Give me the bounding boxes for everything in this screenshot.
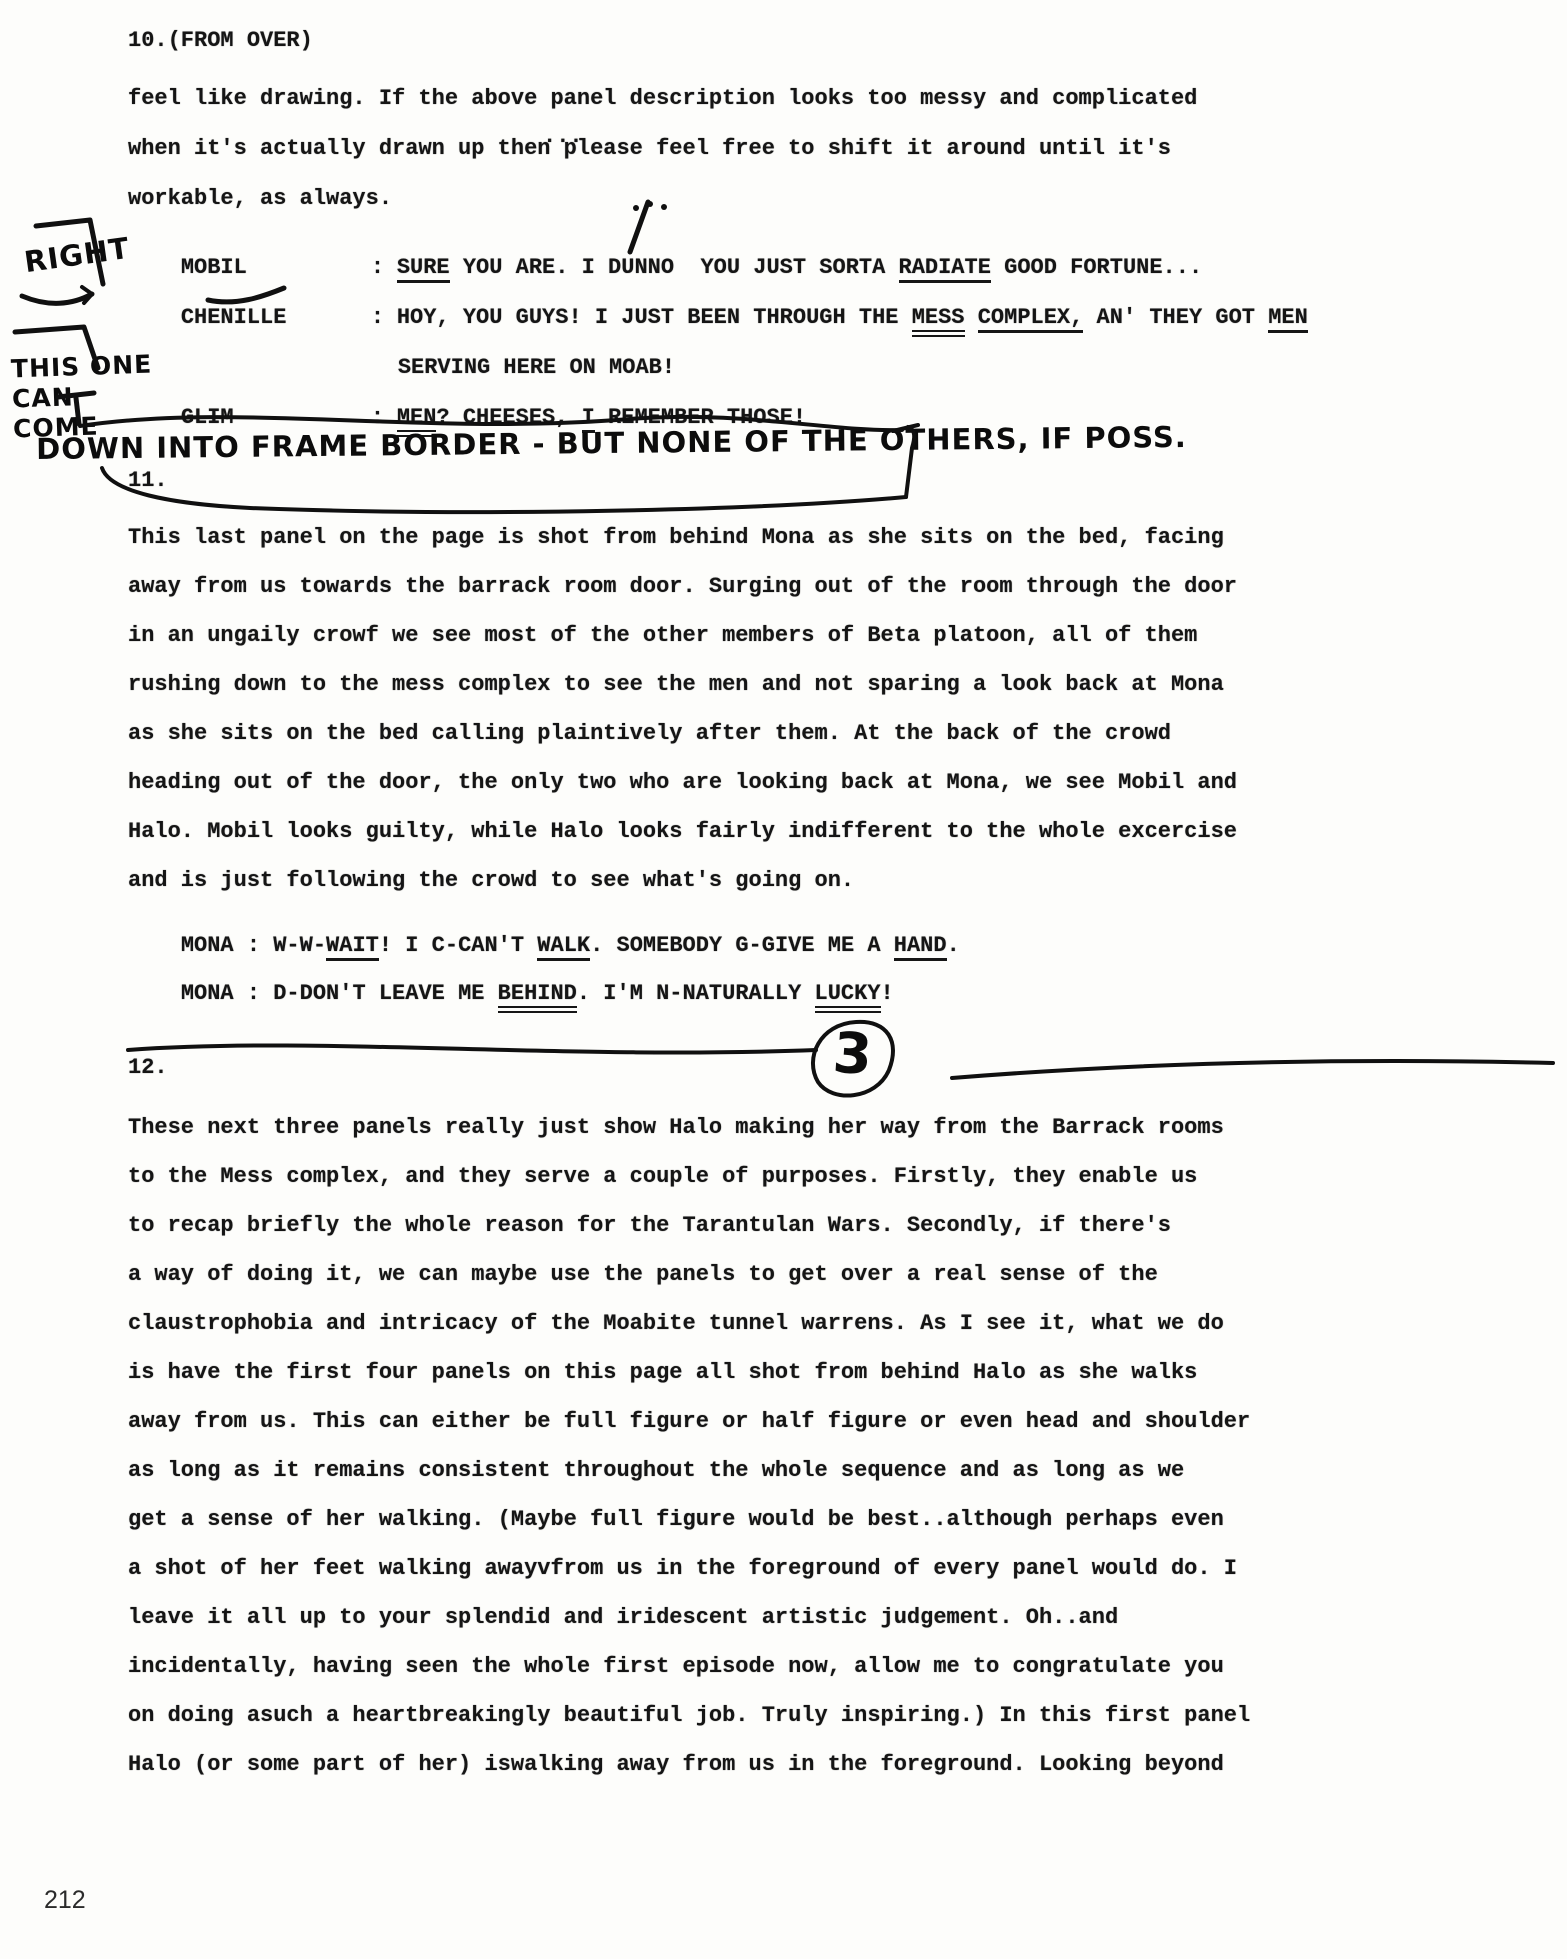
speaker-name: CHENILLE (181, 305, 371, 330)
dialogue-text: SURE YOU ARE. I DUNNO YOU JUST SORTA RAD… (397, 255, 1202, 283)
handwritten-page-marker: 3 (831, 1021, 875, 1089)
panel-12-text: These next three panels really just show… (128, 1103, 1318, 1789)
dialogue-segment: W-W- (273, 933, 326, 958)
dialogue-segment: . (947, 933, 960, 958)
script-page: 10.(FROM OVER) feel like drawing. If the… (0, 0, 1567, 1959)
mona-dialogue-2: MONA : D-DON'T LEAVE ME BEHIND. I'M N-NA… (128, 956, 894, 1031)
dialogue-segment: ! I C-CAN'T (379, 933, 537, 958)
dialogue-text: SERVING HERE ON MOAB! (398, 355, 675, 380)
speaker-colon: : (371, 405, 397, 430)
speaker-separator: : (234, 981, 274, 1006)
right-note-arrowhead (82, 287, 92, 303)
dialogue-segment: GOOD FORTUNE... (991, 255, 1202, 280)
handwritten-right-note: RIGHT (22, 231, 132, 279)
dialogue-segment: SURE (397, 255, 450, 283)
panel-11-number: 11. (128, 468, 168, 493)
panel-12-number: 12. (128, 1055, 168, 1080)
speaker-name: MONA (181, 933, 234, 958)
divider-left-line (128, 1045, 816, 1052)
panel-10-text: feel like drawing. If the above panel de… (128, 74, 1318, 224)
panel-10-heading: 10.(FROM OVER) (128, 28, 313, 53)
page-number: 212 (44, 1886, 86, 1915)
speaker-name: MONA (181, 981, 234, 1006)
dialogue-segment: RADIATE (899, 255, 991, 283)
dialogue-segment: D-DON'T LEAVE ME (273, 981, 497, 1006)
dialogue-segment: BEHIND (498, 981, 577, 1013)
dialogue-text: D-DON'T LEAVE ME BEHIND. I'M N-NATURALLY… (273, 981, 894, 1013)
dialogue-segment: LUCKY (815, 981, 881, 1013)
panel-11-text: This last panel on the page is shot from… (128, 513, 1318, 905)
frame-note-bottom-line (102, 468, 906, 512)
dialogue-segment: SERVING HERE ON MOAB! (398, 355, 675, 380)
speaker-separator: : (234, 933, 274, 958)
dialogue-row-chenille: CHENILLE:HOY, YOU GUYS! I JUST BEEN THRO… (128, 280, 1308, 355)
dialogue-segment: HAND (894, 933, 947, 961)
dialogue-segment: COMPLEX, (978, 305, 1084, 333)
dialogue-segment: . I'M N-NATURALLY (577, 981, 815, 1006)
speaker-name: MOBIL (181, 255, 371, 280)
speaker-colon: : (371, 305, 397, 330)
divider-right-line (952, 1061, 1553, 1078)
dialogue-segment: HOY, YOU GUYS! I JUST BEEN THROUGH THE (397, 305, 912, 330)
dialogue-segment: MESS (912, 305, 965, 337)
dialogue-segment (965, 305, 978, 330)
dialogue-segment: AN' THEY GOT (1083, 305, 1268, 330)
right-note-arrow-stroke (22, 294, 92, 303)
speaker-name: GLIM (181, 405, 371, 430)
dialogue-segment: YOU JUST SORTA (674, 255, 898, 280)
dialogue-segment: YOU ARE. I DUNNO (450, 255, 674, 280)
dialogue-segment: MEN (1268, 305, 1308, 333)
dialogue-segment: . SOMEBODY G-GIVE ME A (590, 933, 894, 958)
speaker-colon: : (371, 255, 397, 280)
dialogue-segment: ! (881, 981, 894, 1006)
typed-insertion-ellipsis: ... (543, 124, 583, 149)
